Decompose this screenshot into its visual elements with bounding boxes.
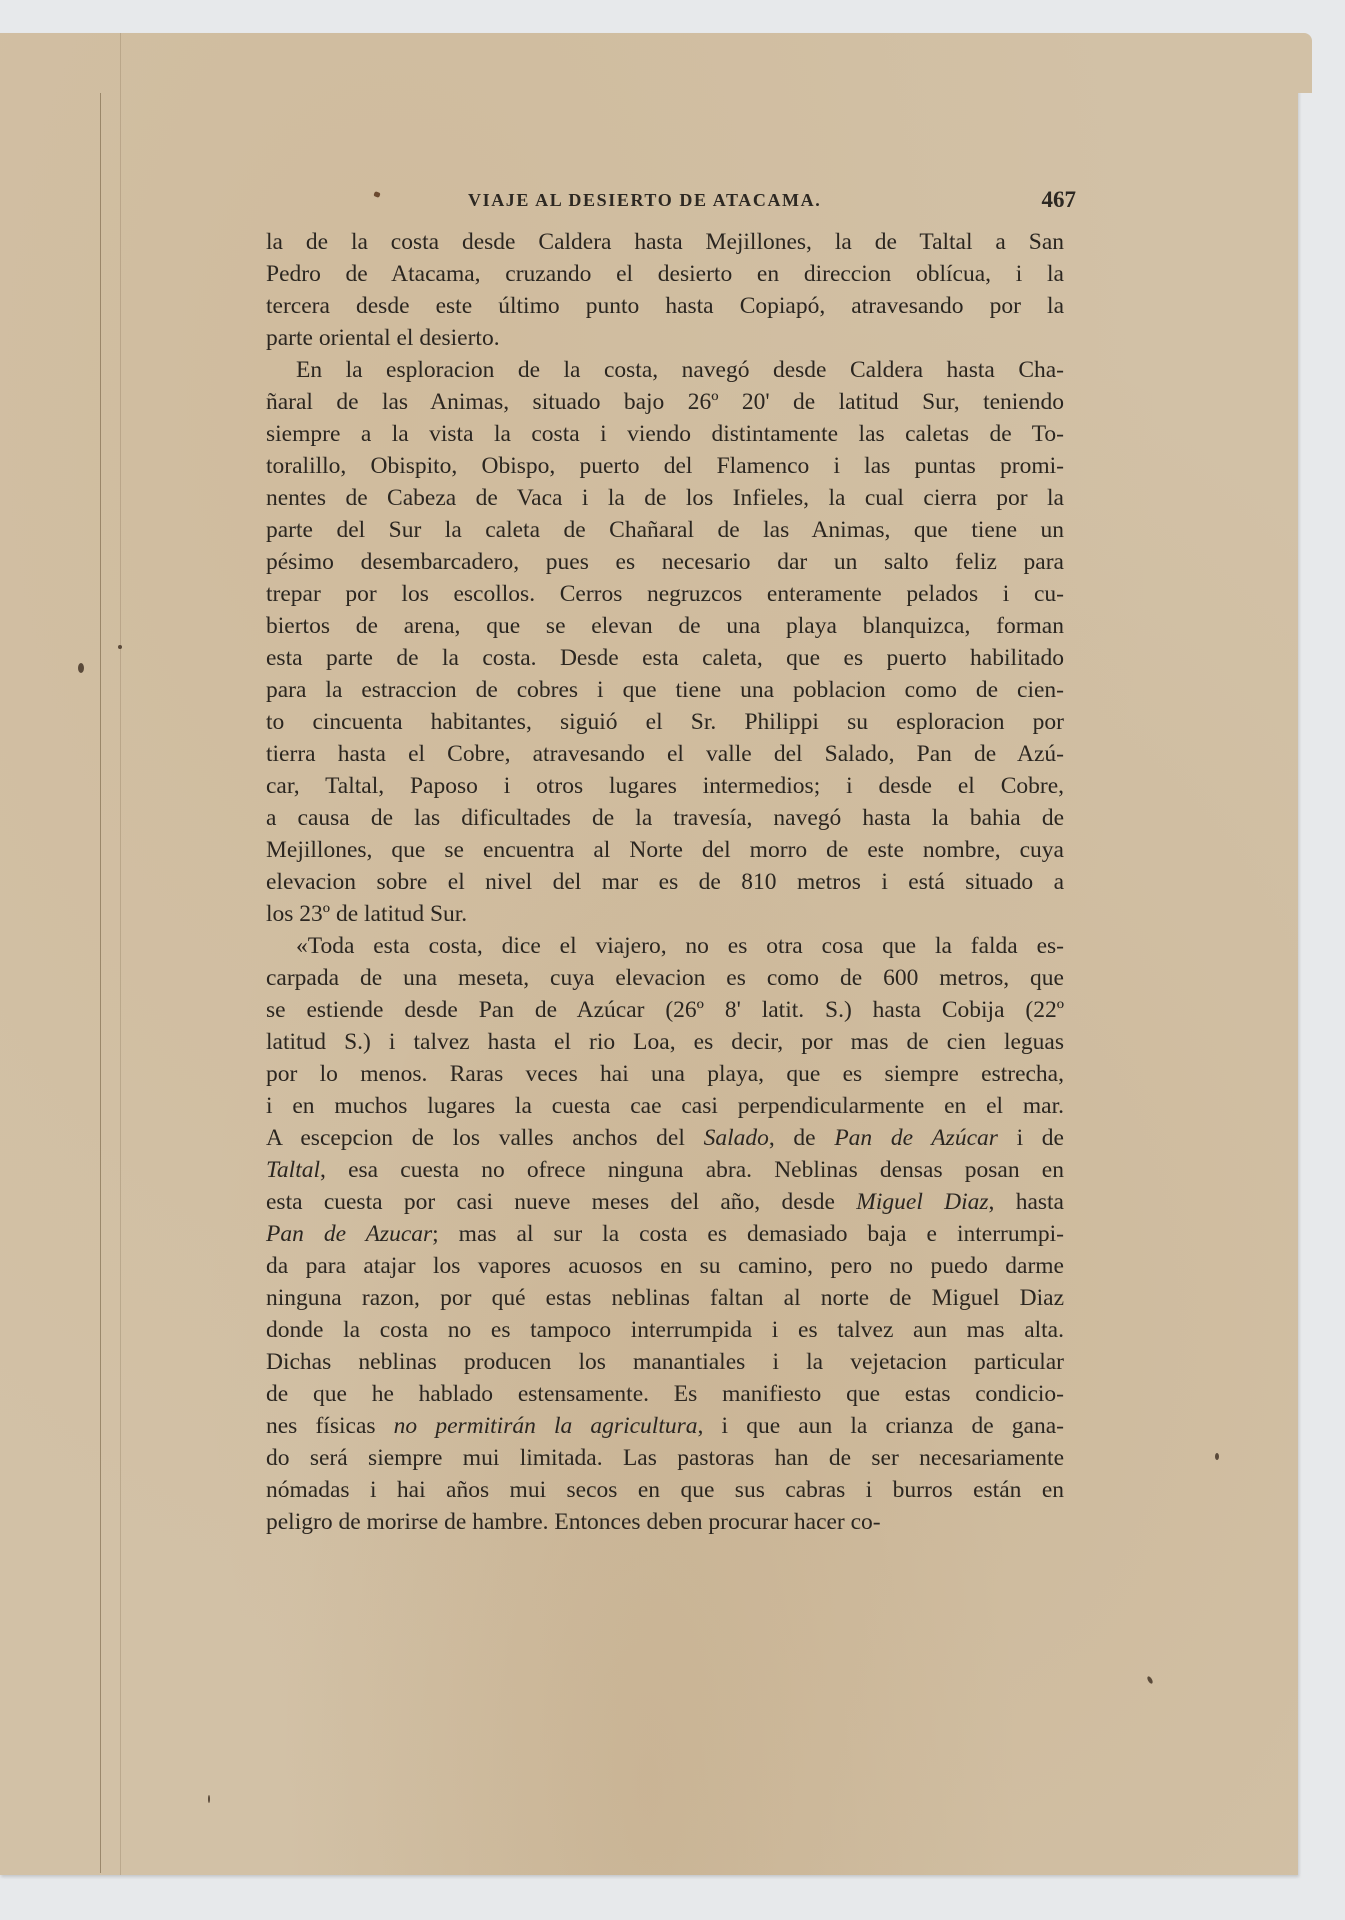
paper-speck — [208, 1795, 210, 1803]
text-line: do será siempre mui limitada. Las pastor… — [266, 1442, 1064, 1474]
paper-speck — [1215, 1453, 1219, 1460]
running-head: VIAJE AL DESIERTO DE ATACAMA. 467 — [268, 190, 1076, 220]
text-line: to cincuenta habitantes, siguió el Sr. P… — [266, 706, 1064, 738]
text-line: esta cuesta por casi nueve meses del año… — [266, 1186, 1064, 1218]
text-line: esta parte de la costa. Desde esta calet… — [266, 642, 1064, 674]
text-line: Mejillones, que se encuentra al Norte de… — [266, 834, 1064, 866]
text-line: toralillo, Obispito, Obispo, puerto del … — [266, 450, 1064, 482]
text-line: trepar por los escollos. Cerros negruzco… — [266, 578, 1064, 610]
text-line: nes físicas no permitirán la agricultura… — [266, 1410, 1064, 1442]
fold-crease — [100, 93, 101, 1873]
text-line: pésimo desembarcadero, pues es necesario… — [266, 546, 1064, 578]
text-line: i en muchos lugares la cuesta cae casi p… — [266, 1090, 1064, 1122]
text-line: latitud S.) i talvez hasta el rio Loa, e… — [266, 1026, 1064, 1058]
text-line: tierra hasta el Cobre, atravesando el va… — [266, 738, 1064, 770]
paragraph: la de la costa desde Caldera hasta Mejil… — [266, 226, 1064, 354]
text-line: de que he hablado estensamente. Es manif… — [266, 1378, 1064, 1410]
text-line: Pan de Azucar; mas al sur la costa es de… — [266, 1218, 1064, 1250]
text-line: parte oriental el desierto. — [266, 322, 1064, 354]
page-number: 467 — [1042, 187, 1077, 213]
paper-speck — [1146, 1676, 1153, 1685]
text-line: parte del Sur la caleta de Chañaral de l… — [266, 514, 1064, 546]
text-line: A escepcion de los valles anchos del Sal… — [266, 1122, 1064, 1154]
text-line: para la estraccion de cobres i que tiene… — [266, 674, 1064, 706]
text-line: nómadas i hai años mui secos en que sus … — [266, 1474, 1064, 1506]
text-line: donde la costa no es tampoco interrumpid… — [266, 1314, 1064, 1346]
paragraph: «Toda esta costa, dice el viajero, no es… — [266, 930, 1064, 1538]
text-line: por lo menos. Raras veces hai una playa,… — [266, 1058, 1064, 1090]
ink-mark — [373, 191, 380, 198]
text-line: Taltal, esa cuesta no ofrece ninguna abr… — [266, 1154, 1064, 1186]
fold-crease-faint — [120, 33, 121, 1875]
text-line: se estiende desde Pan de Azúcar (26º 8' … — [266, 994, 1064, 1026]
text-line: ñaral de las Animas, situado bajo 26º 20… — [266, 386, 1064, 418]
paragraph: En la esploracion de la costa, navegó de… — [266, 354, 1064, 930]
text-line: los 23º de latitud Sur. — [266, 898, 1064, 930]
text-line: elevacion sobre el nivel del mar es de 8… — [266, 866, 1064, 898]
text-line: la de la costa desde Caldera hasta Mejil… — [266, 226, 1064, 258]
text-line: a causa de las dificultades de la traves… — [266, 802, 1064, 834]
text-line: da para atajar los vapores acuosos en su… — [266, 1250, 1064, 1282]
running-title: VIAJE AL DESIERTO DE ATACAMA. — [468, 190, 821, 211]
body-text: la de la costa desde Caldera hasta Mejil… — [266, 226, 1064, 1538]
text-line: car, Taltal, Paposo i otros lugares inte… — [266, 770, 1064, 802]
text-line: nentes de Cabeza de Vaca i la de los Inf… — [266, 482, 1064, 514]
text-line: peligro de morirse de hambre. Entonces d… — [266, 1506, 1064, 1538]
text-line: Dichas neblinas producen los manantiales… — [266, 1346, 1064, 1378]
text-line: Pedro de Atacama, cruzando el desierto e… — [266, 258, 1064, 290]
text-line: «Toda esta costa, dice el viajero, no es… — [266, 930, 1064, 962]
text-line: ninguna razon, por qué estas neblinas fa… — [266, 1282, 1064, 1314]
text-line: En la esploracion de la costa, navegó de… — [266, 354, 1064, 386]
page-tab-edge — [1298, 33, 1312, 93]
text-line: carpada de una meseta, cuya elevacion es… — [266, 962, 1064, 994]
paper-speck — [118, 645, 122, 649]
text-line: tercera desde este último punto hasta Co… — [266, 290, 1064, 322]
paper-speck — [78, 663, 84, 673]
text-line: biertos de arena, que se elevan de una p… — [266, 610, 1064, 642]
text-line: siempre a la vista la costa i viendo dis… — [266, 418, 1064, 450]
